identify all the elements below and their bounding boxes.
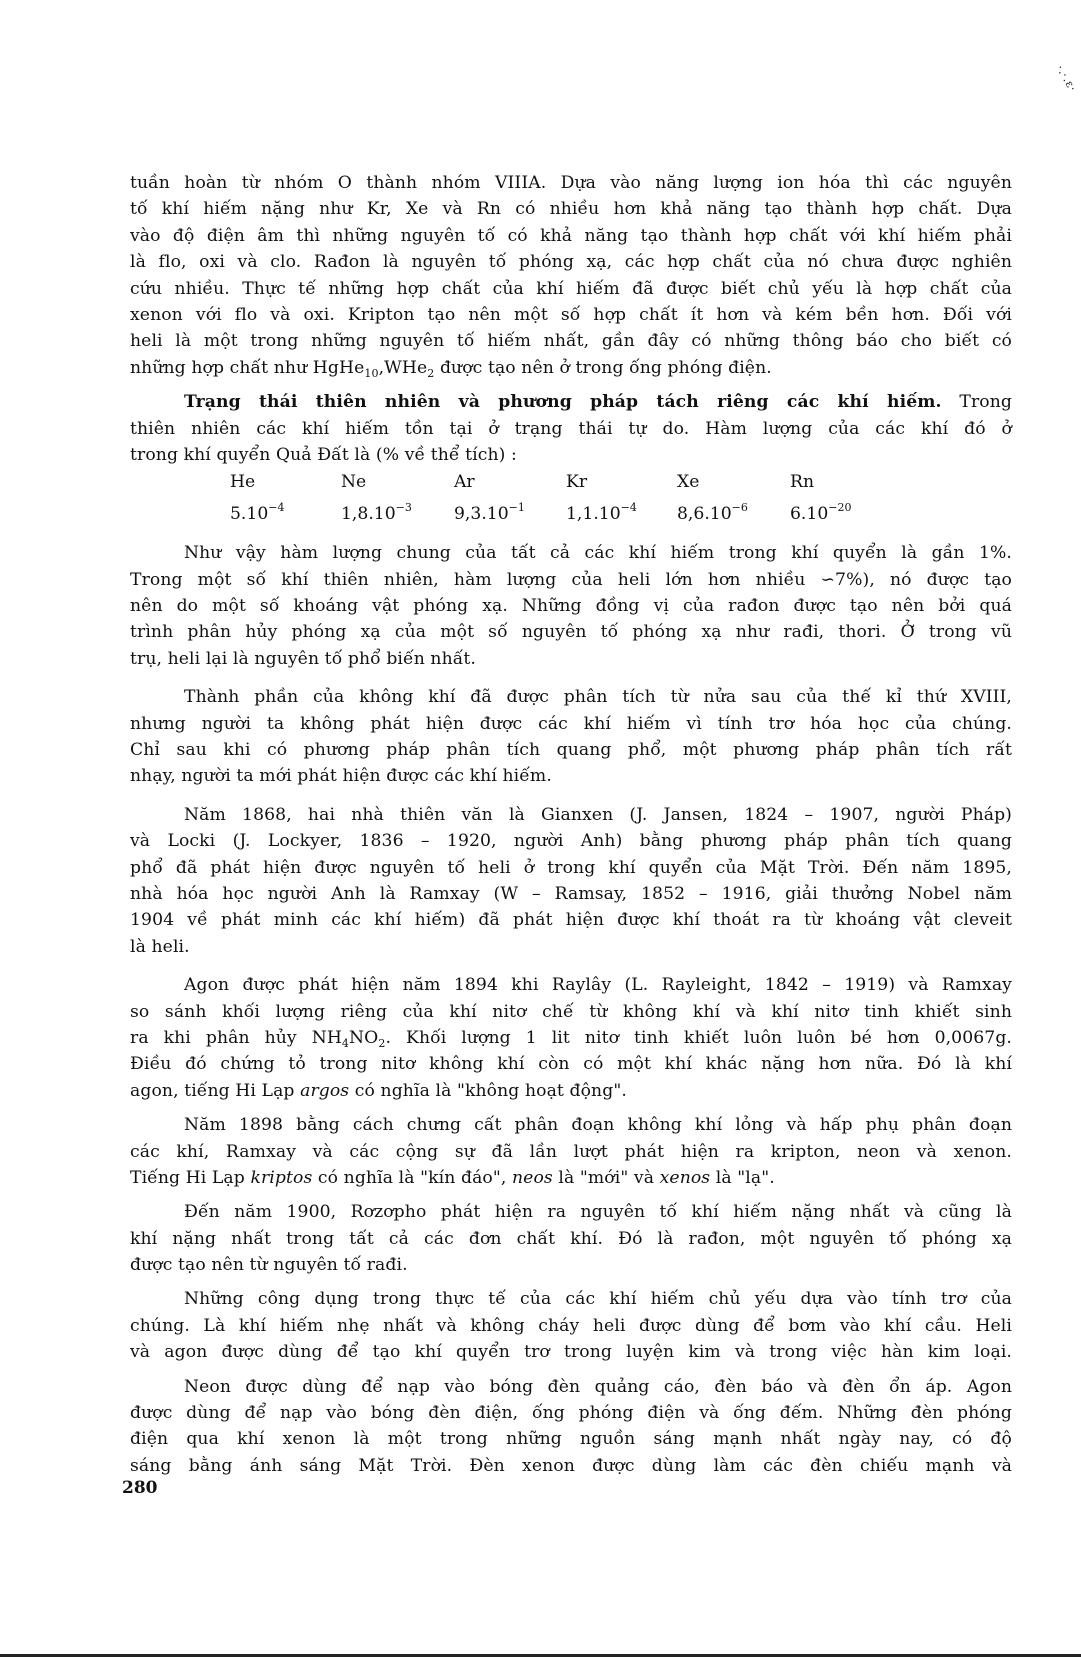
text: ,WHe xyxy=(379,358,428,378)
text-line: trong khí quyển Quả Đất là (% về thể tíc… xyxy=(130,442,1012,468)
paragraph-total-content: Như vậy hàm lượng chung của tất cả các k… xyxy=(130,540,1012,672)
abundance-value: 1,8.10−3 xyxy=(341,504,412,524)
text-line: chúng. Là khí hiếm nhẹ nhất và không chá… xyxy=(130,1313,1012,1339)
text-line: và agon được dùng để tạo khí quyển trơ t… xyxy=(130,1339,1012,1365)
natural-state-paragraph: Trạng thái thiên nhiên và phương pháp tá… xyxy=(130,389,1012,468)
text-line: Chỉ sau khi có phương pháp phân tích qua… xyxy=(130,737,1012,763)
element-header: He xyxy=(230,472,255,492)
text-line: Thành phần của không khí đã được phân tí… xyxy=(130,684,1012,710)
text-line: Trong một số khí thiên nhiên, hàm lượng … xyxy=(130,567,1012,593)
text-line: phổ đã phát hiện được nguyên tố heli ở t… xyxy=(130,855,1012,881)
greek-term: xenos xyxy=(660,1168,711,1188)
paragraph-argon-discovery: Agon được phát hiện năm 1894 khi Raylây … xyxy=(130,972,1012,1104)
intro-paragraph: tuần hoàn từ nhóm O thành nhóm VIIIA. Dự… xyxy=(130,170,1012,381)
paragraph-air-composition: Thành phần của không khí đã được phân tí… xyxy=(130,684,1012,790)
text-line: cứu nhiều. Thực tế những hợp chất của kh… xyxy=(130,276,1012,302)
text-line: các khí, Ramxay và các cộng sự đã lần lư… xyxy=(130,1139,1012,1165)
text-line: Đến năm 1900, Rơzơpho phát hiện ra nguyê… xyxy=(130,1199,1012,1225)
text-line: Agon được phát hiện năm 1894 khi Raylây … xyxy=(130,972,1012,998)
greek-term: argos xyxy=(300,1081,349,1101)
abundance-value: 5.10−4 xyxy=(230,504,285,524)
text-line: Neon được dùng để nạp vào bóng đèn quảng… xyxy=(130,1374,1012,1400)
text-line: là heli. xyxy=(130,934,1012,960)
paragraph-kr-ne-xe-discovery: Năm 1898 bằng cách chưng cất phân đoạn k… xyxy=(130,1112,1012,1191)
paragraph-helium-discovery: Năm 1868, hai nhà thiên văn là Gianxen (… xyxy=(130,802,1012,960)
scan-corner-mark: ·.·.ε· xyxy=(1054,63,1080,95)
text-line: nên do một số khoáng vật phóng xạ. Những… xyxy=(130,593,1012,619)
text-line: vào độ điện âm thì những nguyên tố có kh… xyxy=(130,223,1012,249)
text: những hợp chất như HgHe xyxy=(130,358,364,378)
text-line: tuần hoàn từ nhóm O thành nhóm VIIIA. Dự… xyxy=(130,170,1012,196)
paragraph-neon-uses: Neon được dùng để nạp vào bóng đèn quảng… xyxy=(130,1374,1012,1480)
abundance-value: 9,3.10−1 xyxy=(454,504,525,524)
text-line: điện qua khí xenon là một trong những ng… xyxy=(130,1426,1012,1452)
page-body: tuần hoàn từ nhóm O thành nhóm VIIIA. Dự… xyxy=(130,170,1012,1479)
paragraph-radon-discovery: Đến năm 1900, Rơzơpho phát hiện ra nguyê… xyxy=(130,1199,1012,1278)
text-line: 1904 về phát minh các khí hiếm) đã phát … xyxy=(130,907,1012,933)
abundance-value: 6.10−20 xyxy=(790,504,852,524)
text-line: là flo, oxi và clo. Rađon là nguyên tố p… xyxy=(130,249,1012,275)
text: Trong xyxy=(942,392,1012,412)
text-line: nhưng người ta không phát hiện được các … xyxy=(130,711,1012,737)
section-heading: Trạng thái thiên nhiên và phương pháp tá… xyxy=(184,392,942,412)
text-line: tố khí hiếm nặng như Kr, Xe và Rn có nhi… xyxy=(130,196,1012,222)
text-line: sáng bằng ánh sáng Mặt Trời. Đèn xenon đ… xyxy=(130,1453,1012,1479)
text-line-formula: ra khi phân hủy NH4NO2. Khối lượng 1 lit… xyxy=(130,1025,1012,1051)
text-line: xenon với flo và oxi. Kripton tạo nên mộ… xyxy=(130,302,1012,328)
text-line: Như vậy hàm lượng chung của tất cả các k… xyxy=(130,540,1012,566)
text-line-formula: những hợp chất như HgHe10,WHe2 được tạo … xyxy=(130,355,1012,381)
text-line: so sánh khối lượng riêng của khí nitơ ch… xyxy=(130,999,1012,1025)
text-line: Tiếng Hi Lạp kriptos có nghĩa là "kín đá… xyxy=(130,1165,1012,1191)
abundance-value: 1,1.10−4 xyxy=(566,504,637,524)
text-line: trụ, heli lại là nguyên tố phổ biến nhất… xyxy=(130,646,1012,672)
page-number: 280 xyxy=(122,1478,158,1498)
text-line: nhà hóa học người Anh là Ramxay (W – Ram… xyxy=(130,881,1012,907)
paragraph-uses: Những công dụng trong thực tế của các kh… xyxy=(130,1286,1012,1365)
subscript: 10 xyxy=(364,367,378,380)
text-line: được dùng để nạp vào bóng đèn điện, ống … xyxy=(130,1400,1012,1426)
text-line: thiên nhiên các khí hiếm tồn tại ở trạng… xyxy=(130,416,1012,442)
text-line: khí nặng nhất trong tất cả các đơn chất … xyxy=(130,1226,1012,1252)
text-line: Điều đó chứng tỏ trong nitơ không khí cò… xyxy=(130,1051,1012,1077)
text-line: agon, tiếng Hi Lạp argos có nghĩa là "kh… xyxy=(130,1078,1012,1104)
greek-term: kriptos xyxy=(250,1168,312,1188)
text-line: nhạy, người ta mới phát hiện được các kh… xyxy=(130,763,1012,789)
greek-term: neos xyxy=(512,1168,553,1188)
text-line: trình phân hủy phóng xạ của một số nguyê… xyxy=(130,619,1012,645)
text-line: Năm 1868, hai nhà thiên văn là Gianxen (… xyxy=(130,802,1012,828)
text-line: heli là một trong những nguyên tố hiếm n… xyxy=(130,328,1012,354)
text: được tạo nên ở trong ống phóng điện. xyxy=(434,358,771,378)
section-heading-line: Trạng thái thiên nhiên và phương pháp tá… xyxy=(130,389,1012,415)
text-line: được tạo nên từ nguyên tố rađi. xyxy=(130,1252,1012,1278)
abundance-value: 8,6.10−6 xyxy=(677,504,748,524)
element-header: Rn xyxy=(790,472,814,492)
element-header: Ar xyxy=(454,472,475,492)
text-line: Năm 1898 bằng cách chưng cất phân đoạn k… xyxy=(130,1112,1012,1138)
element-header: Ne xyxy=(341,472,366,492)
element-header: Xe xyxy=(677,472,699,492)
element-header: Kr xyxy=(566,472,587,492)
text-line: và Locki (J. Lockyer, 1836 – 1920, người… xyxy=(130,828,1012,854)
abundance-table: He Ne Ar Kr Xe Rn 5.10−4 1,8.10−3 9,3.10… xyxy=(130,472,1012,536)
text-line: Những công dụng trong thực tế của các kh… xyxy=(130,1286,1012,1312)
